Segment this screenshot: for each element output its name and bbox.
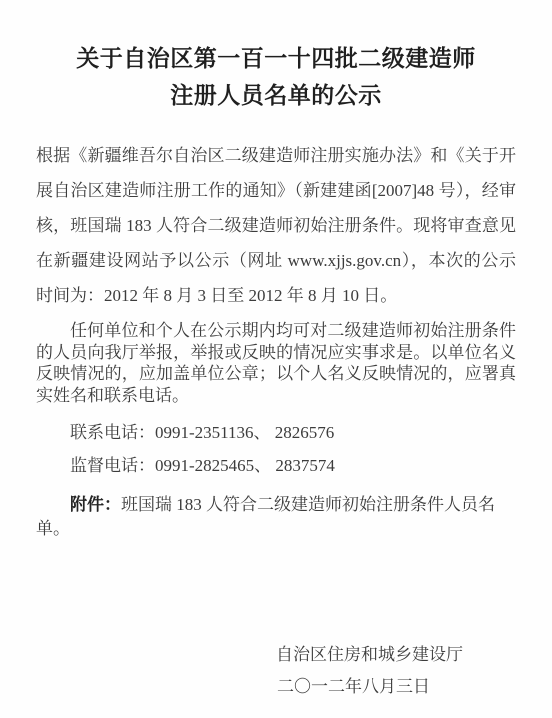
- attachment-line: 附件：班国瑞 183 人符合二级建造师初始注册条件人员名单。: [36, 493, 516, 541]
- title-line-2: 注册人员名单的公示: [36, 77, 516, 114]
- page-title: 关于自治区第一百一十四批二级建造师 注册人员名单的公示: [36, 40, 516, 114]
- issuer-name: 自治区住房和城乡建设厅: [36, 643, 516, 667]
- notice-document: 关于自治区第一百一十四批二级建造师 注册人员名单的公示 根据《新疆维吾尔自治区二…: [0, 0, 552, 718]
- title-line-1: 关于自治区第一百一十四批二级建造师: [36, 40, 516, 77]
- issue-date: 二〇一二年八月三日: [36, 675, 516, 699]
- attachment-label: 附件：: [70, 495, 121, 514]
- signature-block: 自治区住房和城乡建设厅 二〇一二年八月三日: [36, 643, 516, 699]
- paragraph-approval-basis: 根据《新疆维吾尔自治区二级建造师注册实施办法》和《关于开展自治区建造师注册工作的…: [36, 138, 516, 313]
- contact-phone-line: 联系电话：0991-2351136、 2826576: [36, 416, 516, 449]
- supervision-phone-line: 监督电话：0991-2825465、 2837574: [36, 449, 516, 482]
- paragraph-reporting-instructions: 任何单位和个人在公示期内均可对二级建造师初始注册条件的人员向我厅举报，举报或反映…: [36, 320, 516, 406]
